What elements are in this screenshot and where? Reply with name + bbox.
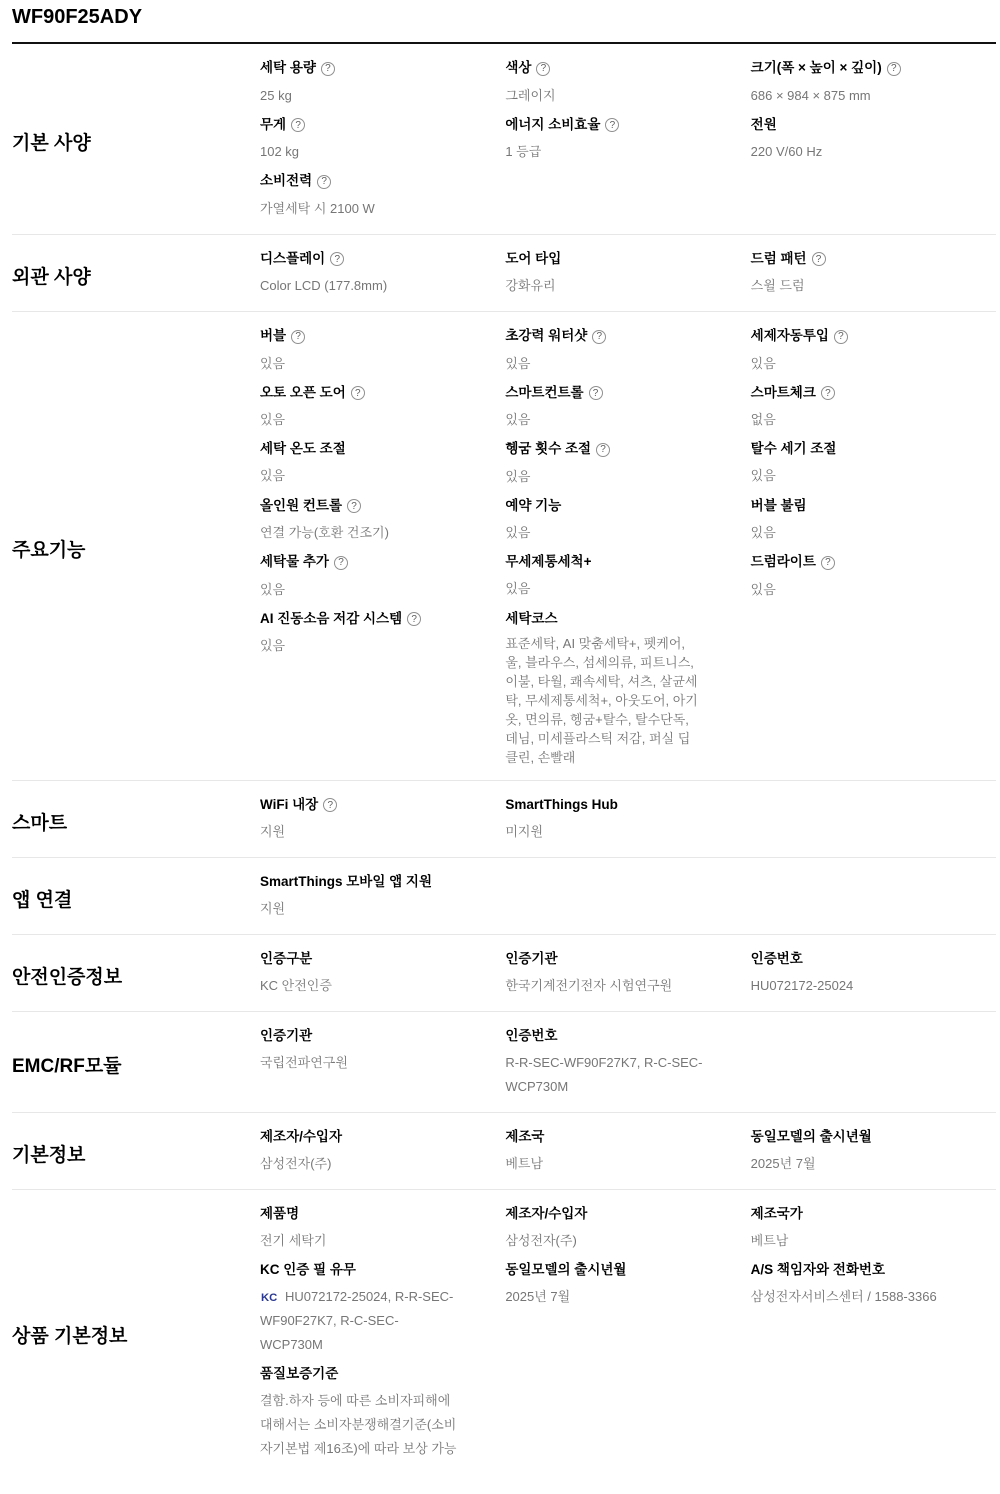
- spec-value-text: 미지원: [505, 824, 543, 839]
- spec-label-text: 인증기관: [260, 1028, 312, 1043]
- section-title: 주요기능: [12, 539, 260, 563]
- section-title: 앱 연결: [12, 889, 260, 913]
- spec-cell: 무게? 102 kg: [260, 116, 505, 165]
- spec-value-text: 연결 가능(호환 건조기): [260, 525, 389, 540]
- spec-cell: 드럼 패턴? 스윌 드럼: [751, 250, 996, 299]
- spec-cell: 인증기관 국립전파연구원: [260, 1027, 505, 1099]
- spec-value: KC 안전인증: [260, 974, 459, 998]
- help-icon[interactable]: ?: [592, 330, 606, 344]
- section-rows: 버블? 있음 초강력 워터샷? 있음 세제자동투입? 있음 오토 오픈 도어? …: [260, 327, 996, 775]
- spec-label: 헹굼 횟수 조절?: [505, 440, 704, 458]
- spec-value-text: Color LCD (177.8mm): [260, 278, 387, 293]
- spec-value-text: R-R-SEC-WF90F27K7, R-C-SEC-WCP730M: [505, 1055, 702, 1094]
- product-spec-page: WF90F25ADY 기본 사양 세탁 용량? 25 kg 색상? 그레이지 크…: [0, 0, 1000, 1494]
- spec-section: 상품 기본정보 제품명 전기 세탁기 제조자/수입자 삼성전자(주) 제조국가 …: [12, 1190, 996, 1474]
- spec-label-text: 버블: [260, 328, 286, 343]
- spec-label: 드럼라이트?: [751, 553, 950, 571]
- spec-value: 686 × 984 × 875 mm: [751, 84, 950, 108]
- spec-cell: 디스플레이? Color LCD (177.8mm): [260, 250, 505, 299]
- spec-value-text: 있음: [751, 356, 776, 371]
- spec-label-text: 색상: [505, 60, 531, 75]
- section-rows: 제품명 전기 세탁기 제조자/수입자 삼성전자(주) 제조국가 베트남 KC 인…: [260, 1205, 996, 1469]
- help-icon[interactable]: ?: [317, 175, 331, 189]
- spec-section: EMC/RF모듈 인증기관 국립전파연구원 인증번호 R-R-SEC-WF90F…: [12, 1012, 996, 1113]
- spec-label: 품질보증기준: [260, 1365, 459, 1382]
- spec-label: 세탁물 추가?: [260, 553, 459, 571]
- section-title: 기본정보: [12, 1144, 260, 1168]
- spec-cell: 인증구분 KC 안전인증: [260, 950, 505, 998]
- spec-label-text: WiFi 내장: [260, 797, 318, 812]
- spec-label-text: 헹굼 횟수 조절: [505, 441, 591, 456]
- spec-value: 국립전파연구원: [260, 1051, 459, 1075]
- spec-cell: 초강력 워터샷? 있음: [505, 327, 750, 376]
- spec-label: 소비전력?: [260, 172, 459, 190]
- spec-label-text: 무세제통세척+: [505, 554, 591, 569]
- spec-value-text: 25 kg: [260, 88, 292, 103]
- spec-label-text: 동일모델의 출시년월: [505, 1262, 626, 1277]
- spec-value-text: 있음: [751, 525, 776, 540]
- spec-label-text: 디스플레이: [260, 251, 325, 266]
- section-title: EMC/RF모듈: [12, 1055, 260, 1079]
- spec-section: 스마트 WiFi 내장? 지원 SmartThings Hub 미지원: [12, 781, 996, 859]
- spec-cell: 색상? 그레이지: [505, 59, 750, 108]
- section-rows: SmartThings 모바일 앱 지원 지원: [260, 873, 996, 929]
- spec-value-text: 없음: [751, 412, 776, 427]
- spec-value: 있음: [260, 352, 459, 376]
- spec-label-text: 드럼 패턴: [751, 251, 807, 266]
- spec-section: 안전인증정보 인증구분 KC 안전인증 인증기관 한국기계전기전자 시험연구원 …: [12, 935, 996, 1012]
- section-title: 스마트: [12, 812, 260, 836]
- help-icon[interactable]: ?: [834, 330, 848, 344]
- spec-row: 제조자/수입자 삼성전자(주) 제조국 베트남 동일모델의 출시년월 2025년…: [260, 1128, 996, 1176]
- spec-label-text: 세탁코스: [505, 611, 557, 626]
- spec-label-text: 도어 타입: [505, 251, 561, 266]
- spec-cell: 올인원 컨트롤? 연결 가능(호환 건조기): [260, 497, 505, 546]
- spec-value: 있음: [505, 521, 704, 545]
- spec-value: 있음: [260, 634, 459, 658]
- kc-mark-text: KC: [261, 1292, 277, 1304]
- spec-cell: 제조국가 베트남: [751, 1205, 996, 1253]
- spec-row: 세탁물 추가? 있음 무세제통세척+ 있음 드럼라이트? 있음: [260, 553, 996, 602]
- spec-row: 디스플레이? Color LCD (177.8mm) 도어 타입 강화유리 드럼…: [260, 250, 996, 299]
- help-icon[interactable]: ?: [291, 330, 305, 344]
- spec-value: 2025년 7월: [505, 1285, 704, 1309]
- spec-label: 초강력 워터샷?: [505, 327, 704, 345]
- spec-value: 1 등급: [505, 140, 704, 164]
- help-icon[interactable]: ?: [589, 386, 603, 400]
- spec-label-text: 버블 불림: [751, 498, 807, 513]
- spec-label: A/S 책임자와 전화번호: [751, 1261, 950, 1278]
- spec-label: 제조자/수입자: [260, 1128, 459, 1145]
- spec-value: 가열세탁 시 2100 W: [260, 197, 459, 221]
- spec-value-text: 있음: [505, 469, 530, 484]
- spec-label-text: 초강력 워터샷: [505, 328, 587, 343]
- spec-cell: SmartThings Hub 미지원: [505, 796, 750, 845]
- help-icon[interactable]: ?: [334, 556, 348, 570]
- spec-section: 기본 사양 세탁 용량? 25 kg 색상? 그레이지 크기(폭 × 높이 × …: [12, 44, 996, 235]
- spec-value: 스윌 드럼: [751, 274, 950, 298]
- spec-label-text: A/S 책임자와 전화번호: [751, 1262, 885, 1277]
- spec-value-text: 있음: [505, 525, 530, 540]
- spec-value: 지원: [260, 820, 459, 844]
- spec-section: 앱 연결 SmartThings 모바일 앱 지원 지원: [12, 858, 996, 935]
- spec-value: R-R-SEC-WF90F27K7, R-C-SEC-WCP730M: [505, 1051, 704, 1099]
- spec-cell: 동일모델의 출시년월 2025년 7월: [751, 1128, 996, 1176]
- spec-label: 인증번호: [751, 950, 950, 967]
- spec-label-text: 드럼라이트: [751, 554, 816, 569]
- section-rows: 세탁 용량? 25 kg 색상? 그레이지 크기(폭 × 높이 × 깊이)? 6…: [260, 59, 996, 229]
- spec-row: KC 인증 필 유무 KCHU072172-25024, R-R-SEC-WF9…: [260, 1261, 996, 1357]
- spec-label: 인증구분: [260, 950, 459, 967]
- spec-value-text: 베트남: [505, 1156, 543, 1171]
- spec-value-text: 있음: [260, 356, 285, 371]
- spec-value: 있음: [505, 577, 704, 601]
- spec-value: 있음: [260, 408, 459, 432]
- spec-row: 인증기관 국립전파연구원 인증번호 R-R-SEC-WF90F27K7, R-C…: [260, 1027, 996, 1099]
- spec-label: 스마트체크?: [751, 384, 950, 402]
- spec-label: AI 진동소음 저감 시스템?: [260, 610, 459, 628]
- spec-value-text: 686 × 984 × 875 mm: [751, 88, 871, 103]
- spec-label: 디스플레이?: [260, 250, 459, 268]
- spec-label: 에너지 소비효율?: [505, 116, 704, 134]
- spec-value: 있음: [751, 352, 950, 376]
- spec-row: 버블? 있음 초강력 워터샷? 있음 세제자동투입? 있음: [260, 327, 996, 376]
- spec-value: 있음: [505, 408, 704, 432]
- spec-cell: 헹굼 횟수 조절? 있음: [505, 440, 750, 489]
- spec-cell: 인증번호 HU072172-25024: [751, 950, 996, 998]
- spec-value: 삼성전자서비스센터 / 1588-3366: [751, 1285, 950, 1309]
- spec-value: 연결 가능(호환 건조기): [260, 521, 459, 545]
- spec-label: 무세제통세척+: [505, 553, 704, 570]
- spec-cell: AI 진동소음 저감 시스템? 있음: [260, 610, 505, 767]
- spec-label: 도어 타입: [505, 250, 704, 267]
- spec-cell: 버블 불림 있음: [751, 497, 996, 546]
- spec-value-text: 2025년 7월: [505, 1289, 570, 1304]
- section-title: 안전인증정보: [12, 966, 260, 990]
- help-icon[interactable]: ?: [407, 612, 421, 626]
- spec-value-text: 있음: [505, 412, 530, 427]
- spec-label-text: 인증기관: [505, 951, 557, 966]
- spec-cell: 세탁물 추가? 있음: [260, 553, 505, 602]
- spec-value-text: 있음: [260, 582, 285, 597]
- spec-value-text: 지원: [260, 901, 285, 916]
- spec-value-text: 강화유리: [505, 278, 555, 293]
- spec-label: 버블?: [260, 327, 459, 345]
- spec-section: 기본정보 제조자/수입자 삼성전자(주) 제조국 베트남 동일모델의 출시년월 …: [12, 1113, 996, 1190]
- spec-value: KCHU072172-25024, R-R-SEC-WF90F27K7, R-C…: [260, 1285, 459, 1357]
- help-icon[interactable]: ?: [812, 252, 826, 266]
- spec-value: 있음: [751, 578, 950, 602]
- spec-cell: 무세제통세척+ 있음: [505, 553, 750, 602]
- spec-value: 있음: [505, 465, 704, 489]
- spec-label: SmartThings 모바일 앱 지원: [260, 873, 459, 890]
- spec-label-text: 크기(폭 × 높이 × 깊이): [751, 60, 882, 75]
- spec-value-text: 전기 세탁기: [260, 1233, 326, 1248]
- spec-cell: 세제자동투입? 있음: [751, 327, 996, 376]
- spec-label-text: 올인원 컨트롤: [260, 498, 342, 513]
- help-icon[interactable]: ?: [536, 62, 550, 76]
- spec-label-text: 제조자/수입자: [260, 1129, 342, 1144]
- spec-label: SmartThings Hub: [505, 796, 704, 813]
- kc-certification-icon: KC: [260, 1289, 280, 1304]
- spec-cell: 인증번호 R-R-SEC-WF90F27K7, R-C-SEC-WCP730M: [505, 1027, 750, 1099]
- help-icon[interactable]: ?: [887, 62, 901, 76]
- spec-label-text: AI 진동소음 저감 시스템: [260, 611, 402, 626]
- spec-value: HU072172-25024: [751, 974, 950, 998]
- spec-label: 세탁 용량?: [260, 59, 459, 77]
- spec-label-text: 스마트컨트롤: [505, 385, 583, 400]
- spec-cell: 탈수 세기 조절 있음: [751, 440, 996, 489]
- spec-value-text: 있음: [505, 356, 530, 371]
- help-icon[interactable]: ?: [323, 798, 337, 812]
- spec-label-text: 품질보증기준: [260, 1366, 338, 1381]
- spec-row: 제품명 전기 세탁기 제조자/수입자 삼성전자(주) 제조국가 베트남: [260, 1205, 996, 1253]
- spec-cell: 버블? 있음: [260, 327, 505, 376]
- spec-label: 드럼 패턴?: [751, 250, 950, 268]
- spec-value-text: 있음: [260, 412, 285, 427]
- spec-value: 220 V/60 Hz: [751, 140, 950, 164]
- spec-row: 품질보증기준 결함.하자 등에 따른 소비자피해에 대해서는 소비자분쟁해결기준…: [260, 1365, 996, 1461]
- spec-value-text: 결함.하자 등에 따른 소비자피해에 대해서는 소비자분쟁해결기준(소비자기본법…: [260, 1393, 457, 1456]
- spec-label: 전원: [751, 116, 950, 133]
- spec-label: 버블 불림: [751, 497, 950, 514]
- page-title: WF90F25ADY: [12, 6, 996, 29]
- spec-value: 전기 세탁기: [260, 1229, 459, 1253]
- spec-cell: 인증기관 한국기계전기전자 시험연구원: [505, 950, 750, 998]
- spec-label-text: 제품명: [260, 1206, 299, 1221]
- spec-label: 인증기관: [260, 1027, 459, 1044]
- spec-cell: 제조자/수입자 삼성전자(주): [505, 1205, 750, 1253]
- spec-value: 있음: [260, 464, 459, 488]
- spec-value: 있음: [260, 578, 459, 602]
- spec-label-text: 제조국: [505, 1129, 544, 1144]
- spec-label: 오토 오픈 도어?: [260, 384, 459, 402]
- section-title: 기본 사양: [12, 132, 260, 156]
- spec-value-text: 있음: [260, 468, 285, 483]
- spec-row: 세탁 온도 조절 있음 헹굼 횟수 조절? 있음 탈수 세기 조절 있음: [260, 440, 996, 489]
- spec-sections: 기본 사양 세탁 용량? 25 kg 색상? 그레이지 크기(폭 × 높이 × …: [12, 44, 996, 1474]
- spec-value: 지원: [260, 897, 459, 921]
- spec-label: 인증기관: [505, 950, 704, 967]
- spec-label-text: 인증번호: [505, 1028, 557, 1043]
- spec-value: 삼성전자(주): [260, 1152, 459, 1176]
- spec-cell: 도어 타입 강화유리: [505, 250, 750, 299]
- spec-label-text: 스마트체크: [751, 385, 816, 400]
- spec-label-text: SmartThings 모바일 앱 지원: [260, 874, 432, 889]
- spec-cell: 동일모델의 출시년월 2025년 7월: [505, 1261, 750, 1357]
- spec-label: 올인원 컨트롤?: [260, 497, 459, 515]
- section-rows: WiFi 내장? 지원 SmartThings Hub 미지원: [260, 796, 996, 853]
- spec-value: 베트남: [751, 1229, 950, 1253]
- spec-cell: 에너지 소비효율? 1 등급: [505, 116, 750, 165]
- spec-value-text: 삼성전자(주): [260, 1156, 331, 1171]
- spec-label: 크기(폭 × 높이 × 깊이)?: [751, 59, 950, 77]
- spec-value: 베트남: [505, 1152, 704, 1176]
- spec-cell: WiFi 내장? 지원: [260, 796, 505, 845]
- spec-cell: 크기(폭 × 높이 × 깊이)? 686 × 984 × 875 mm: [751, 59, 996, 108]
- spec-cell: A/S 책임자와 전화번호 삼성전자서비스센터 / 1588-3366: [751, 1261, 996, 1357]
- help-icon[interactable]: ?: [596, 443, 610, 457]
- spec-label-text: 동일모델의 출시년월: [751, 1129, 872, 1144]
- spec-value-text: HU072172-25024, R-R-SEC-WF90F27K7, R-C-S…: [260, 1289, 453, 1352]
- help-icon[interactable]: ?: [605, 118, 619, 132]
- spec-value: 결함.하자 등에 따른 소비자피해에 대해서는 소비자분쟁해결기준(소비자기본법…: [260, 1389, 459, 1461]
- spec-value-text: 1 등급: [505, 144, 541, 159]
- spec-value-text: 베트남: [751, 1233, 789, 1248]
- section-rows: 인증구분 KC 안전인증 인증기관 한국기계전기전자 시험연구원 인증번호 HU…: [260, 950, 996, 1006]
- spec-value-text: 국립전파연구원: [260, 1055, 348, 1070]
- spec-value-text: KC 안전인증: [260, 978, 332, 993]
- spec-cell: 제품명 전기 세탁기: [260, 1205, 505, 1253]
- spec-value: 그레이지: [505, 84, 704, 108]
- help-icon[interactable]: ?: [347, 499, 361, 513]
- spec-value: 102 kg: [260, 140, 459, 164]
- help-icon[interactable]: ?: [291, 118, 305, 132]
- spec-value: 있음: [505, 352, 704, 376]
- section-rows: 인증기관 국립전파연구원 인증번호 R-R-SEC-WF90F27K7, R-C…: [260, 1027, 996, 1107]
- spec-cell: 세탁코스 표준세탁, AI 맞춤세탁+, 펫케어, 울, 블라우스, 섬세의류,…: [505, 610, 750, 767]
- spec-value-text: 2025년 7월: [751, 1156, 816, 1171]
- spec-value-text: 지원: [260, 824, 285, 839]
- spec-label-text: 제조국가: [751, 1206, 803, 1221]
- help-icon[interactable]: ?: [321, 62, 335, 76]
- spec-value: Color LCD (177.8mm): [260, 274, 459, 298]
- spec-row: 세탁 용량? 25 kg 색상? 그레이지 크기(폭 × 높이 × 깊이)? 6…: [260, 59, 996, 108]
- spec-value-text: 표준세탁, AI 맞춤세탁+, 펫케어, 울, 블라우스, 섬세의류, 피트니스…: [505, 636, 698, 765]
- spec-label-text: 세탁물 추가: [260, 554, 329, 569]
- spec-value-text: 삼성전자(주): [505, 1233, 576, 1248]
- spec-row: SmartThings 모바일 앱 지원 지원: [260, 873, 996, 921]
- spec-cell: 소비전력? 가열세탁 시 2100 W: [260, 172, 505, 221]
- spec-value: 25 kg: [260, 84, 459, 108]
- spec-label: 동일모델의 출시년월: [505, 1261, 704, 1278]
- spec-cell: 오토 오픈 도어? 있음: [260, 384, 505, 433]
- spec-label-text: 탈수 세기 조절: [751, 441, 837, 456]
- spec-value-text: 102 kg: [260, 144, 299, 159]
- spec-value-text: 스윌 드럼: [751, 278, 805, 293]
- spec-label: 제조국: [505, 1128, 704, 1145]
- spec-row: 소비전력? 가열세탁 시 2100 W: [260, 172, 996, 221]
- spec-label: 스마트컨트롤?: [505, 384, 704, 402]
- spec-label: 인증번호: [505, 1027, 704, 1044]
- spec-cell: 제조자/수입자 삼성전자(주): [260, 1128, 505, 1176]
- spec-value-text: 있음: [505, 581, 530, 596]
- spec-value-text: 그레이지: [505, 88, 555, 103]
- spec-label: WiFi 내장?: [260, 796, 459, 814]
- section-title: 상품 기본정보: [12, 1325, 260, 1349]
- spec-label-text: 제조자/수입자: [505, 1206, 587, 1221]
- spec-section: 주요기능 버블? 있음 초강력 워터샷? 있음 세제자동투입? 있음 오토 오픈…: [12, 312, 996, 781]
- spec-value: 있음: [751, 521, 950, 545]
- spec-row: AI 진동소음 저감 시스템? 있음 세탁코스 표준세탁, AI 맞춤세탁+, …: [260, 610, 996, 767]
- spec-label: 무게?: [260, 116, 459, 134]
- help-icon[interactable]: ?: [821, 386, 835, 400]
- spec-cell: KC 인증 필 유무 KCHU072172-25024, R-R-SEC-WF9…: [260, 1261, 505, 1357]
- spec-label: 예약 기능: [505, 497, 704, 514]
- spec-section: 외관 사양 디스플레이? Color LCD (177.8mm) 도어 타입 강…: [12, 235, 996, 313]
- spec-label-text: 예약 기능: [505, 498, 561, 513]
- spec-value-text: 있음: [751, 468, 776, 483]
- help-icon[interactable]: ?: [330, 252, 344, 266]
- spec-label-text: 무게: [260, 117, 286, 132]
- spec-label: KC 인증 필 유무: [260, 1261, 459, 1278]
- spec-value-text: 220 V/60 Hz: [751, 144, 823, 159]
- spec-value: 있음: [751, 464, 950, 488]
- spec-row: 오토 오픈 도어? 있음 스마트컨트롤? 있음 스마트체크? 없음: [260, 384, 996, 433]
- spec-row: 인증구분 KC 안전인증 인증기관 한국기계전기전자 시험연구원 인증번호 HU…: [260, 950, 996, 998]
- spec-label: 세탁코스: [505, 610, 704, 627]
- spec-label: 제조국가: [751, 1205, 950, 1222]
- spec-cell: 스마트체크? 없음: [751, 384, 996, 433]
- spec-value: 삼성전자(주): [505, 1229, 704, 1253]
- spec-label-text: KC 인증 필 유무: [260, 1262, 356, 1277]
- spec-value-text: 한국기계전기전자 시험연구원: [505, 978, 672, 993]
- spec-value-text: HU072172-25024: [751, 978, 854, 993]
- spec-label: 제조자/수입자: [505, 1205, 704, 1222]
- spec-label-text: 전원: [751, 117, 777, 132]
- spec-cell: 전원 220 V/60 Hz: [751, 116, 996, 165]
- spec-label: 세제자동투입?: [751, 327, 950, 345]
- spec-label: 동일모델의 출시년월: [751, 1128, 950, 1145]
- spec-label: 세탁 온도 조절: [260, 440, 459, 457]
- spec-cell: SmartThings 모바일 앱 지원 지원: [260, 873, 505, 921]
- spec-row: 무게? 102 kg 에너지 소비효율? 1 등급 전원 220 V/60 Hz: [260, 116, 996, 165]
- spec-cell: 품질보증기준 결함.하자 등에 따른 소비자피해에 대해서는 소비자분쟁해결기준…: [260, 1365, 505, 1461]
- spec-value: 강화유리: [505, 274, 704, 298]
- spec-label: 색상?: [505, 59, 704, 77]
- spec-label-text: 오토 오픈 도어: [260, 385, 346, 400]
- spec-label-text: 에너지 소비효율: [505, 117, 600, 132]
- help-icon[interactable]: ?: [821, 556, 835, 570]
- spec-row: 올인원 컨트롤? 연결 가능(호환 건조기) 예약 기능 있음 버블 불림 있음: [260, 497, 996, 546]
- spec-cell: 세탁 용량? 25 kg: [260, 59, 505, 108]
- spec-label-text: 인증구분: [260, 951, 312, 966]
- spec-label-text: 세탁 용량: [260, 60, 316, 75]
- spec-cell: 스마트컨트롤? 있음: [505, 384, 750, 433]
- spec-value-text: 삼성전자서비스센터 / 1588-3366: [751, 1289, 937, 1304]
- spec-cell: 제조국 베트남: [505, 1128, 750, 1176]
- spec-cell: 드럼라이트? 있음: [751, 553, 996, 602]
- spec-label-text: 인증번호: [751, 951, 803, 966]
- spec-value-text: 있음: [260, 638, 285, 653]
- spec-value-text: 있음: [751, 582, 776, 597]
- spec-value: 2025년 7월: [751, 1152, 950, 1176]
- spec-label-text: 소비전력: [260, 173, 312, 188]
- spec-value-text: 가열세탁 시 2100 W: [260, 201, 375, 216]
- section-rows: 제조자/수입자 삼성전자(주) 제조국 베트남 동일모델의 출시년월 2025년…: [260, 1128, 996, 1184]
- help-icon[interactable]: ?: [351, 386, 365, 400]
- section-title: 외관 사양: [12, 266, 260, 290]
- spec-value: 표준세탁, AI 맞춤세탁+, 펫케어, 울, 블라우스, 섬세의류, 피트니스…: [505, 634, 704, 767]
- spec-value: 없음: [751, 408, 950, 432]
- spec-label: 탈수 세기 조절: [751, 440, 950, 457]
- spec-label-text: SmartThings Hub: [505, 797, 618, 812]
- spec-value: 미지원: [505, 820, 704, 844]
- section-rows: 디스플레이? Color LCD (177.8mm) 도어 타입 강화유리 드럼…: [260, 250, 996, 307]
- spec-label-text: 세탁 온도 조절: [260, 441, 346, 456]
- spec-row: WiFi 내장? 지원 SmartThings Hub 미지원: [260, 796, 996, 845]
- spec-label-text: 세제자동투입: [751, 328, 829, 343]
- spec-value: 한국기계전기전자 시험연구원: [505, 974, 704, 998]
- spec-cell: 세탁 온도 조절 있음: [260, 440, 505, 489]
- spec-cell: 예약 기능 있음: [505, 497, 750, 546]
- spec-label: 제품명: [260, 1205, 459, 1222]
